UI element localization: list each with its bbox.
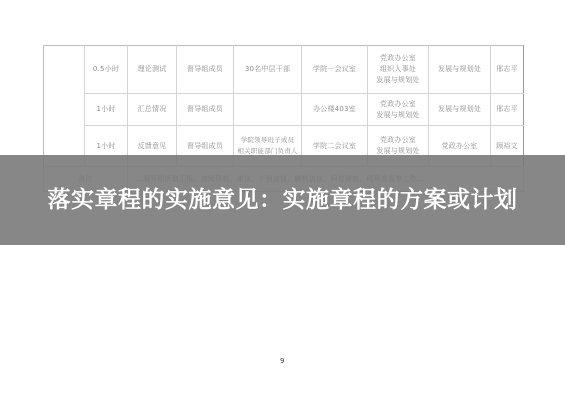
attendees-cell: 30名中层干部 [234,46,302,94]
location-cell: 办公楼403室 [302,94,368,126]
lead-cell: 发展与规划处 [429,94,491,126]
title-banner: 落实章程的实施意见：实施章程的方案或计划 [0,155,565,245]
duration-cell: 1小时 [85,94,128,126]
participants-cell: 督导组成员 [177,94,234,126]
organizers-cell: 党政办公室 组织人事处 发展与规划处 [368,46,429,94]
location-cell: 学院一会议室 [302,46,368,94]
duration-cell: 0.5小时 [85,46,128,94]
lead-cell: 发展与规划处 [429,46,491,94]
attendees-cell [234,94,302,126]
document-page: 0.5小时 理论测试 督导组成员 30名中层干部 学院一会议室 党政办公室 组织… [0,0,565,400]
table-row: 1小时 汇总情况 督导组成员 办公楼403室 党政办公室 发展与规划处 发展与规… [44,94,524,126]
table-row: 0.5小时 理论测试 督导组成员 30名中层干部 学院一会议室 党政办公室 组织… [44,46,524,94]
participants-cell: 督导组成员 [177,46,234,94]
page-number: 9 [280,357,284,365]
content-cell: 汇总情况 [128,94,177,126]
content-cell: 理论测试 [128,46,177,94]
contact-cell: 邢志平 [491,94,524,126]
organizers-cell: 党政办公室 发展与规划处 [368,94,429,126]
contact-cell: 邢志平 [491,46,524,94]
page-title: 落实章程的实施意见：实施章程的方案或计划 [33,184,533,216]
merged-blank-cell [44,46,85,167]
